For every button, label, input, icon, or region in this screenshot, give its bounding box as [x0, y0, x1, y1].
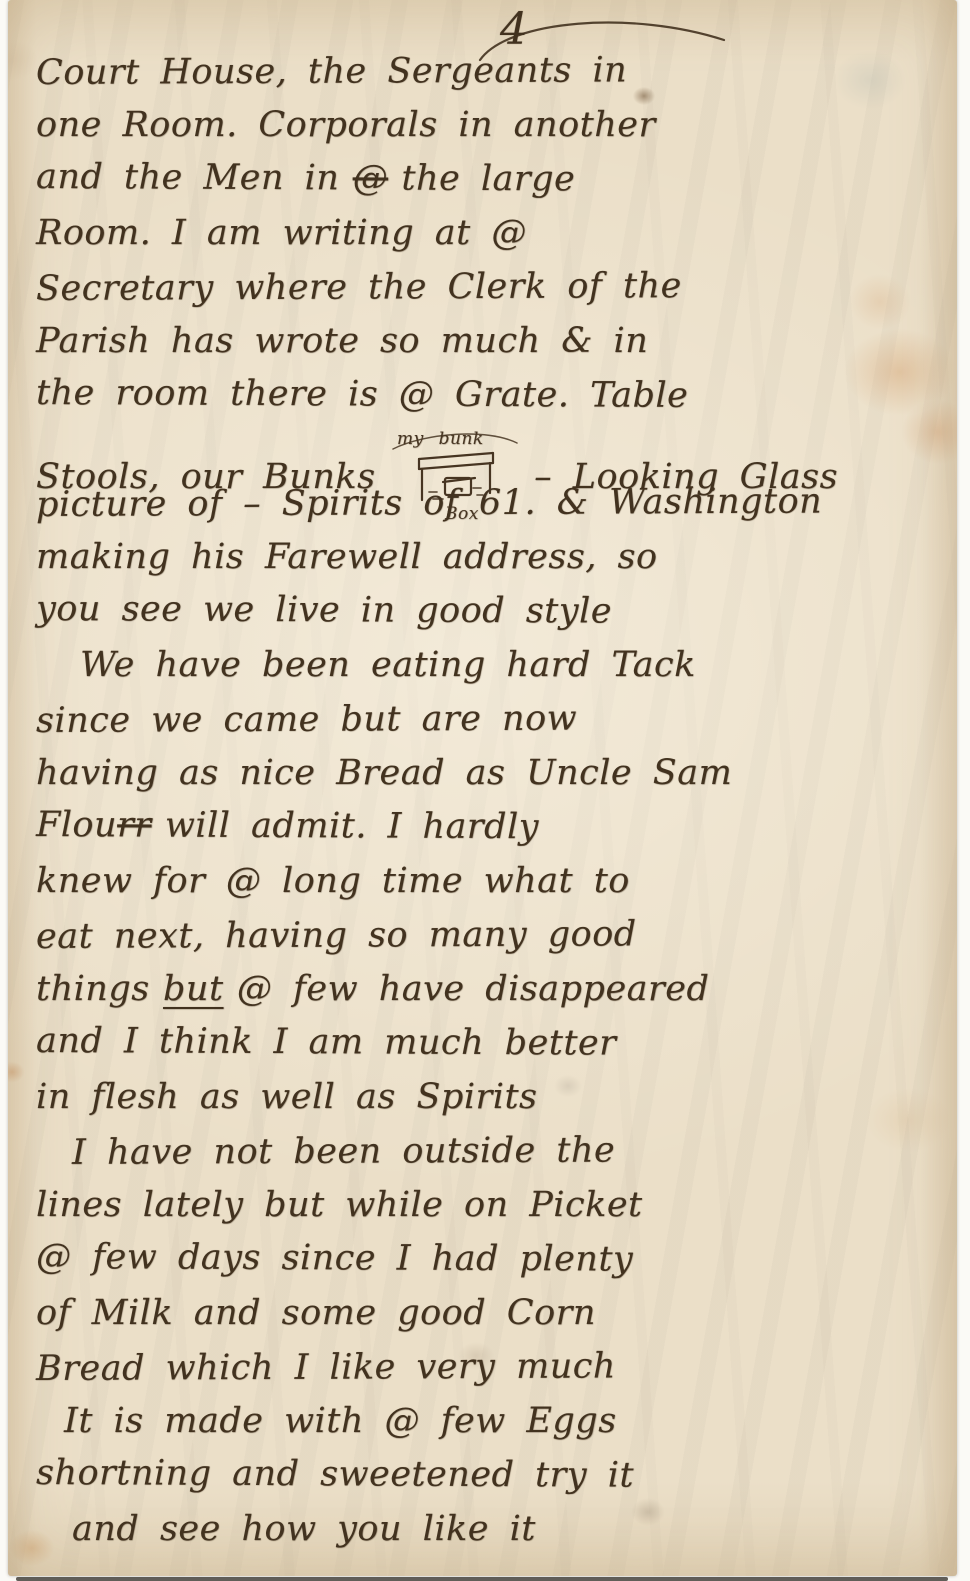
- letter-scan: 4 Court House, the Sergeants in one Room…: [0, 0, 970, 1581]
- letter-line: shortning and sweetened try it: [36, 1446, 941, 1504]
- struck-letters: rr: [117, 805, 152, 845]
- letter-line: Parish has wrote so much & in: [36, 314, 941, 368]
- letter-line: you see we live in good style: [36, 582, 941, 640]
- letter-line: in flesh as well as Spirits: [36, 1070, 941, 1124]
- letter-line: lines lately but while on Picket: [36, 1178, 941, 1232]
- line-segment: will admit. I hardly: [165, 806, 539, 848]
- struck-word: @: [353, 158, 389, 198]
- letter-line: since we came but are now: [36, 690, 941, 748]
- letter-line: eat next, having so many good: [36, 906, 941, 964]
- bunk-sketch-top-label: my bunk: [397, 429, 484, 449]
- letter-line: Flourrwill admit. I hardly: [36, 798, 941, 856]
- letter-line: and I think I am much better: [36, 1014, 941, 1072]
- letter-page: 4 Court House, the Sergeants in one Room…: [8, 0, 957, 1576]
- line-segment: the large: [401, 159, 575, 200]
- letter-line: @ few days since I had plenty: [36, 1230, 941, 1288]
- letter-line: Secretary where the Clerk of the: [36, 258, 941, 316]
- letter-line: picture of – Spirits of 61. & Washington: [36, 474, 941, 532]
- letter-line: thingsbut@ few have disappeared: [36, 962, 941, 1016]
- letter-line: It is made with @ few Eggs: [64, 1394, 941, 1448]
- line-segment: things: [36, 969, 150, 1009]
- letter-line: Room. I am writing at @: [36, 206, 941, 260]
- letter-line: I have not been outside the: [72, 1122, 941, 1180]
- letter-line: Court House, the Sergeants in: [36, 42, 941, 100]
- letter-line-with-sketch: Stools, our Bunks: [36, 422, 941, 476]
- line-segment: and the Men in: [36, 157, 340, 198]
- letter-line: having as nice Bread as Uncle Sam: [36, 746, 941, 800]
- line-segment: @ few have disappeared: [237, 969, 710, 1009]
- letter-line: the room there is @ Grate. Table: [36, 366, 941, 424]
- letter-line: making his Farewell address, so: [36, 530, 941, 584]
- scan-bottom-edge: [16, 1577, 948, 1581]
- letter-body: Court House, the Sergeants in one Room. …: [36, 44, 941, 1556]
- letter-line: knew for @ long time what to: [36, 854, 941, 908]
- letter-line: of Milk and some good Corn: [36, 1286, 941, 1340]
- letter-line: and see how you like it: [72, 1502, 941, 1556]
- underlined-word: but: [163, 969, 224, 1009]
- letter-line: and the Men in@the large: [36, 150, 941, 208]
- letter-line: Bread which I like very much: [36, 1338, 941, 1396]
- letter-line: one Room. Corporals in another: [36, 98, 941, 152]
- letter-line: We have been eating hard Tack: [80, 638, 941, 692]
- line-segment: Flou: [36, 805, 117, 845]
